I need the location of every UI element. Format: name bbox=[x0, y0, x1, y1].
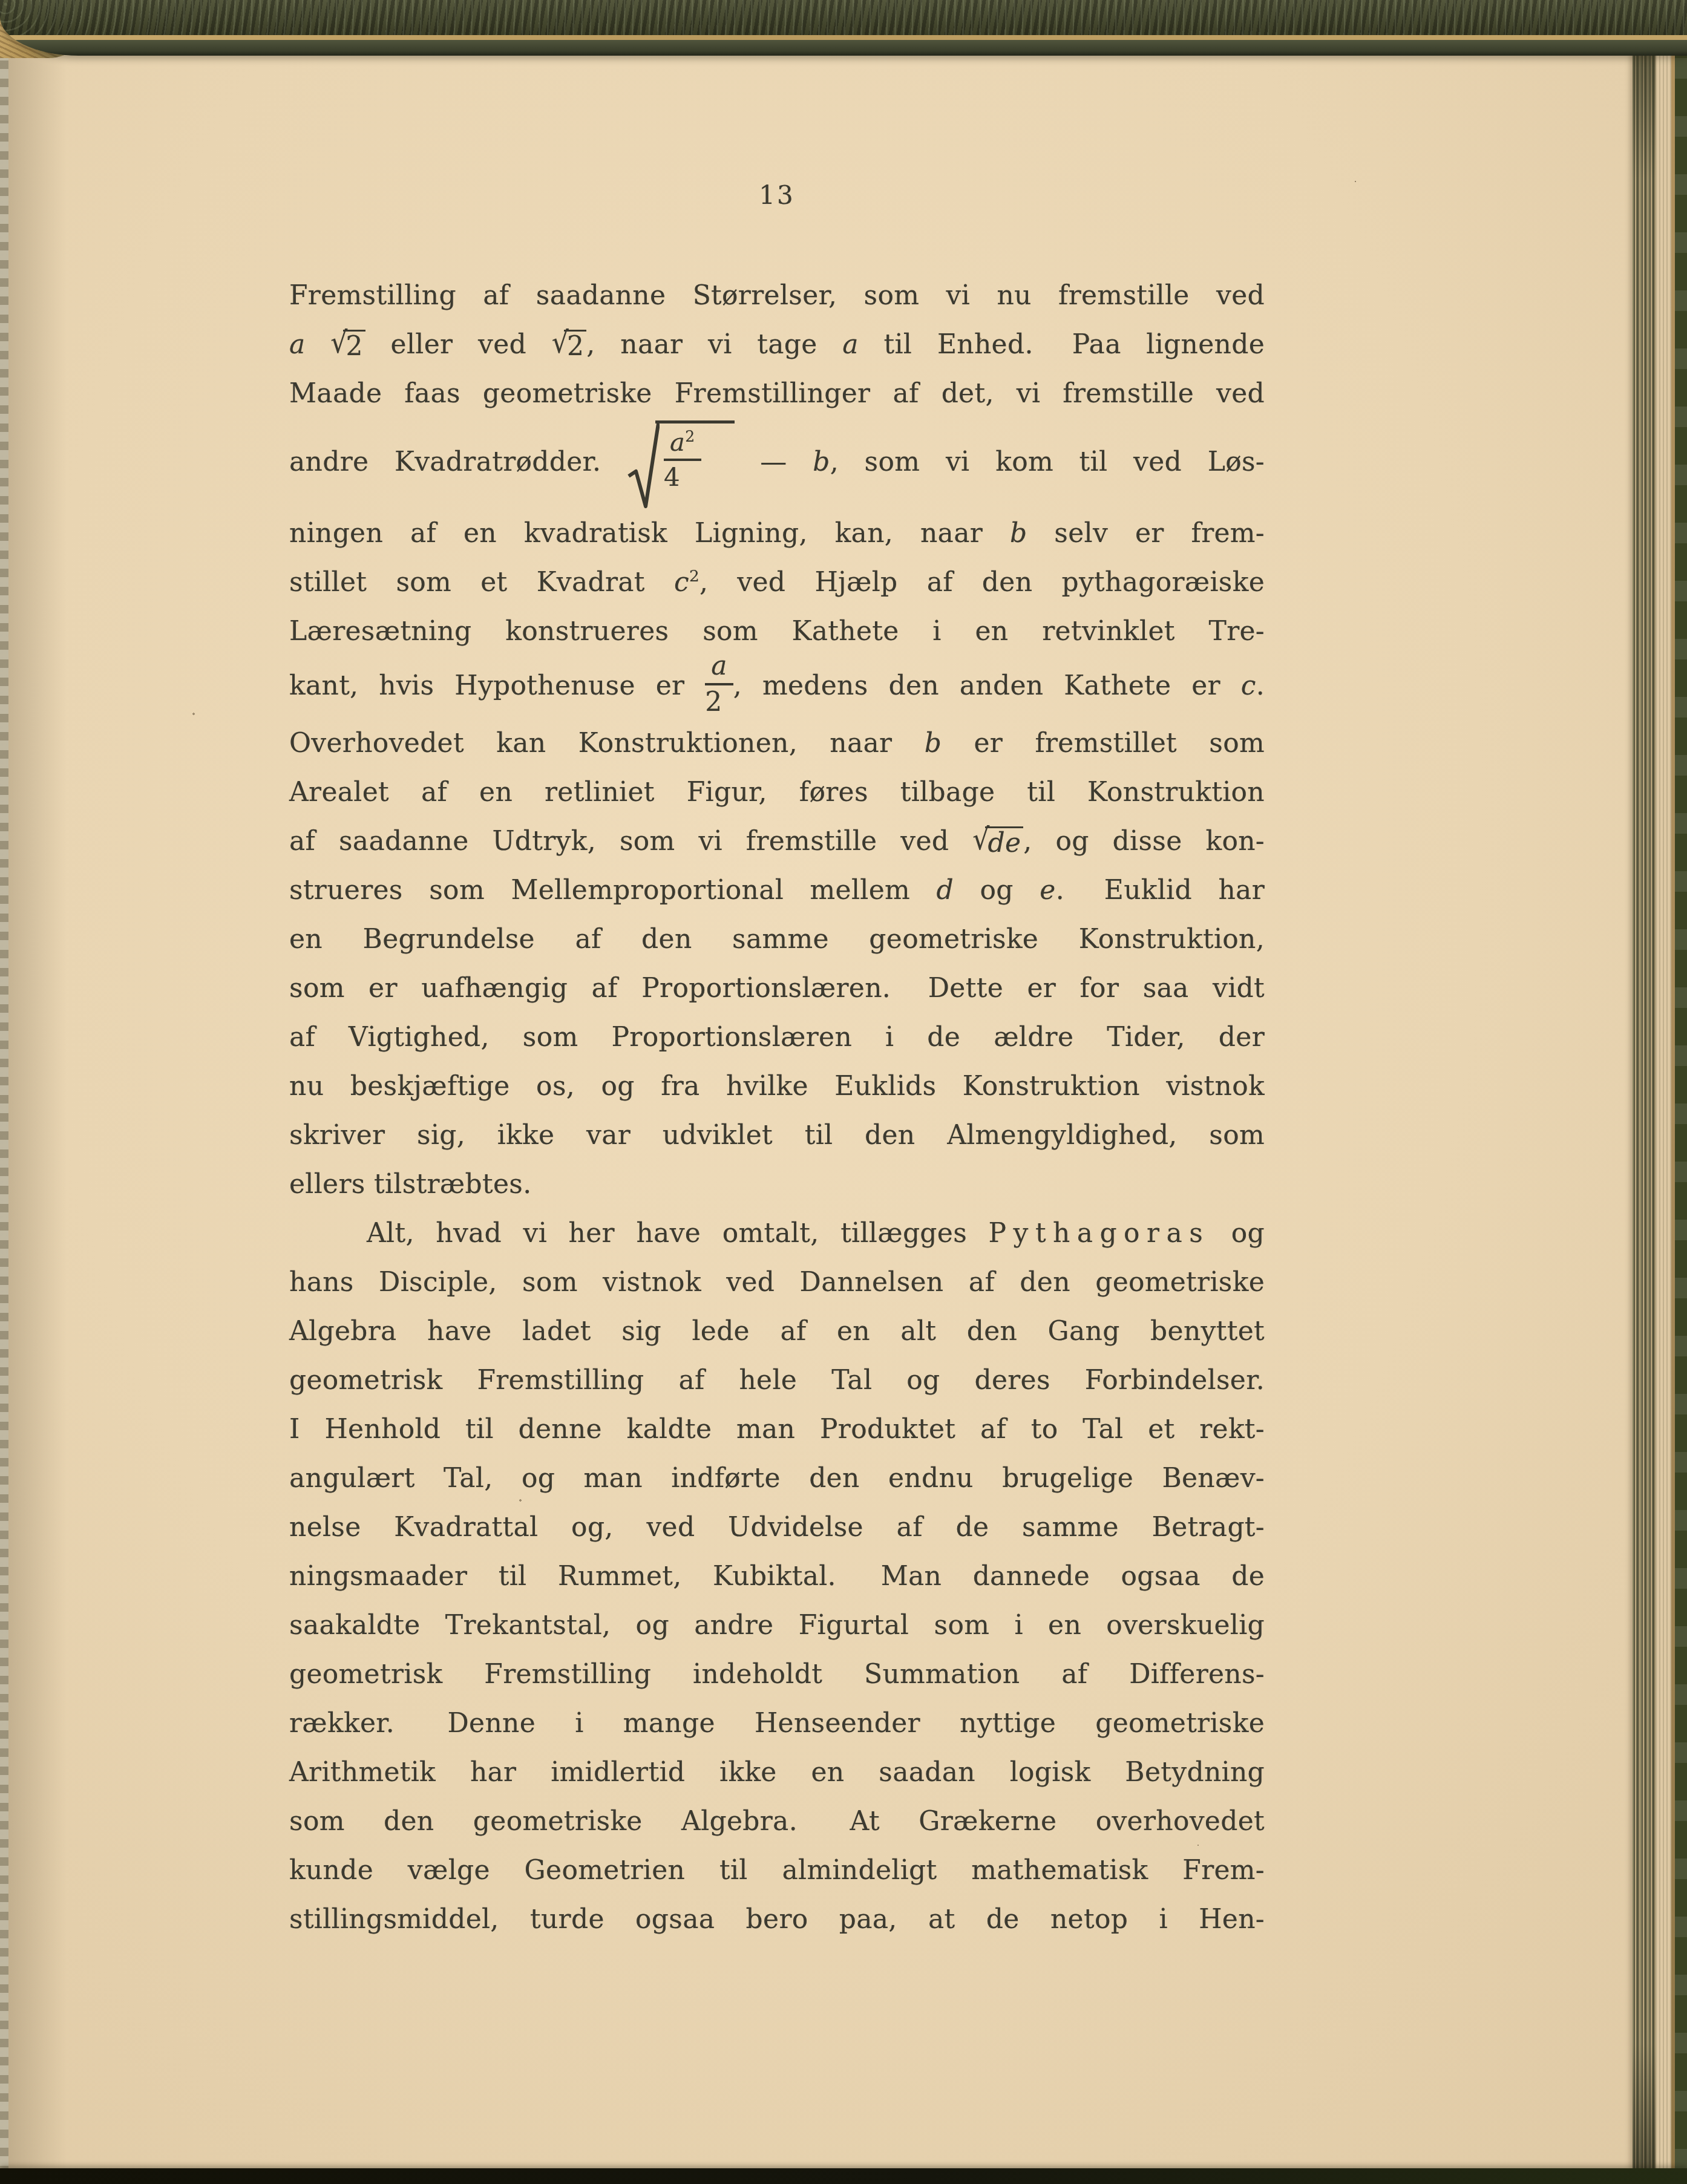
fraction-numerator: a bbox=[705, 653, 733, 685]
radicand: 2 bbox=[343, 330, 365, 359]
text-line: Algebra have ladet sig lede af en alt de… bbox=[289, 1307, 1265, 1356]
text-line: skriver sig, ikke var udviklet til den A… bbox=[289, 1111, 1265, 1160]
math-variable: a bbox=[289, 329, 306, 360]
text-line: stillet som et Kvadrat c2, ved Hjælp af … bbox=[289, 558, 1265, 607]
sqrt-expression: √2 bbox=[330, 329, 365, 360]
text-line: Arithmetik har imidlertid ikke en saadan… bbox=[289, 1748, 1265, 1797]
radicand: 2 bbox=[564, 330, 586, 359]
fraction-denominator: 2 bbox=[705, 685, 733, 716]
radicand: de bbox=[985, 826, 1024, 856]
sqrt-expression: √2 bbox=[552, 329, 587, 360]
text-line: af Vigtighed, som Proportionslæren i de … bbox=[289, 1013, 1265, 1062]
fraction-numerator: a2 bbox=[664, 430, 701, 461]
text-line: en Begrundelse af den samme geometriske … bbox=[289, 915, 1265, 964]
superscript: 2 bbox=[685, 428, 695, 445]
math-variable: a bbox=[842, 329, 859, 360]
superscript: 2 bbox=[689, 567, 699, 586]
text-line: Alt, hvad vi her have omtalt, tillægges … bbox=[289, 1209, 1265, 1258]
math-variable: d bbox=[937, 875, 954, 906]
page-stack-edges bbox=[1633, 53, 1656, 2171]
text-line: andre Kvadratrødder. a24 — b, som vi kom… bbox=[289, 418, 1265, 509]
body-text: Fremstilling af saadanne Størrelser, som… bbox=[289, 271, 1265, 1944]
text-line: Arealet af en retliniet Figur, føres til… bbox=[289, 768, 1265, 817]
text-line: Læresætning konstrueres som Kathete i en… bbox=[289, 607, 1265, 656]
book-cover-bottom-edge bbox=[0, 2168, 1687, 2184]
text-line: rækker. Denne i mange Henseender nyttige… bbox=[289, 1699, 1265, 1748]
text-line: ellers tilstræbtes. bbox=[289, 1160, 1265, 1209]
text-line: stillingsmiddel, turde ogsaa bero paa, a… bbox=[289, 1895, 1265, 1944]
math-variable: c bbox=[1241, 670, 1256, 701]
math-variable: b bbox=[1010, 518, 1027, 549]
page-stack-light-edge bbox=[1656, 53, 1671, 2171]
text-line: hans Disciple, som vistnok ved Dannelsen… bbox=[289, 1258, 1265, 1307]
sqrt-expression: √de bbox=[972, 826, 1023, 857]
text-line: af saadanne Udtryk, som vi fremstille ve… bbox=[289, 817, 1265, 866]
text-line: som den geometriske Algebra. At Grækerne… bbox=[289, 1797, 1265, 1846]
text-line: a √2 eller ved √2, naar vi tage a til En… bbox=[289, 320, 1265, 369]
cover-inner-band bbox=[0, 40, 1687, 56]
page-left-torn-edge bbox=[0, 42, 8, 2184]
text-line: kunde vælge Geometrien til almindeligt m… bbox=[289, 1846, 1265, 1895]
text-line: som er uafhængig af Proportionslæren. De… bbox=[289, 964, 1265, 1013]
fraction: a2 bbox=[705, 653, 733, 716]
math-variable: b bbox=[813, 446, 830, 477]
text-line: geometrisk Fremstilling af hele Tal og d… bbox=[289, 1356, 1265, 1405]
big-radical-formula: a24 bbox=[627, 420, 735, 511]
text-line: Fremstilling af saadanne Størrelser, som… bbox=[289, 271, 1265, 320]
text-line: nu beskjæftige os, og fra hvilke Euklids… bbox=[289, 1062, 1265, 1111]
radical-sign bbox=[627, 420, 660, 511]
text-line: kant, hvis Hypothenuse er a2, medens den… bbox=[289, 656, 1265, 719]
math-variable: e bbox=[1040, 875, 1055, 906]
page-gutter-shadow bbox=[0, 0, 67, 2184]
text-line: ningsmaader til Rummet, Kubiktal. Man da… bbox=[289, 1552, 1265, 1601]
text-line: strueres som Mellemproportional mellem d… bbox=[289, 866, 1265, 915]
text-line: ningen af en kvadratisk Ligning, kan, na… bbox=[289, 509, 1265, 558]
radicand: a24 bbox=[655, 420, 735, 490]
book-cover-top-edge bbox=[0, 0, 1687, 56]
book-cover-right-edge bbox=[1675, 0, 1687, 2184]
text-line: angulært Tal, og man indførte den endnu … bbox=[289, 1454, 1265, 1503]
text-line: I Henhold til denne kaldte man Produktet… bbox=[289, 1405, 1265, 1454]
text-line: saakaldte Trekantstal, og andre Figurtal… bbox=[289, 1601, 1265, 1650]
math-variable: c bbox=[674, 567, 689, 598]
text-line: nelse Kvadrattal og, ved Udvidelse af de… bbox=[289, 1503, 1265, 1552]
fraction-denominator: 4 bbox=[664, 461, 701, 490]
fraction: a24 bbox=[664, 430, 701, 490]
cover-cloth-texture bbox=[0, 0, 1687, 35]
scanned-book-photo: 13 Fremstilling af saadanne Størrelser, … bbox=[0, 0, 1687, 2184]
text-line: Maade faas geometriske Fremstillinger af… bbox=[289, 369, 1265, 418]
text-line: geometrisk Fremstilling indeholdt Summat… bbox=[289, 1650, 1265, 1699]
math-variable: a bbox=[670, 427, 685, 457]
math-variable: b bbox=[925, 728, 942, 759]
text-line: Overhovedet kan Konstruktionen, naar b e… bbox=[289, 719, 1265, 768]
math-variable: a bbox=[711, 650, 727, 681]
letterspaced-name: Pythagoras bbox=[989, 1218, 1210, 1249]
cover-gold-line bbox=[0, 35, 1687, 40]
page-number: 13 bbox=[289, 180, 1265, 210]
